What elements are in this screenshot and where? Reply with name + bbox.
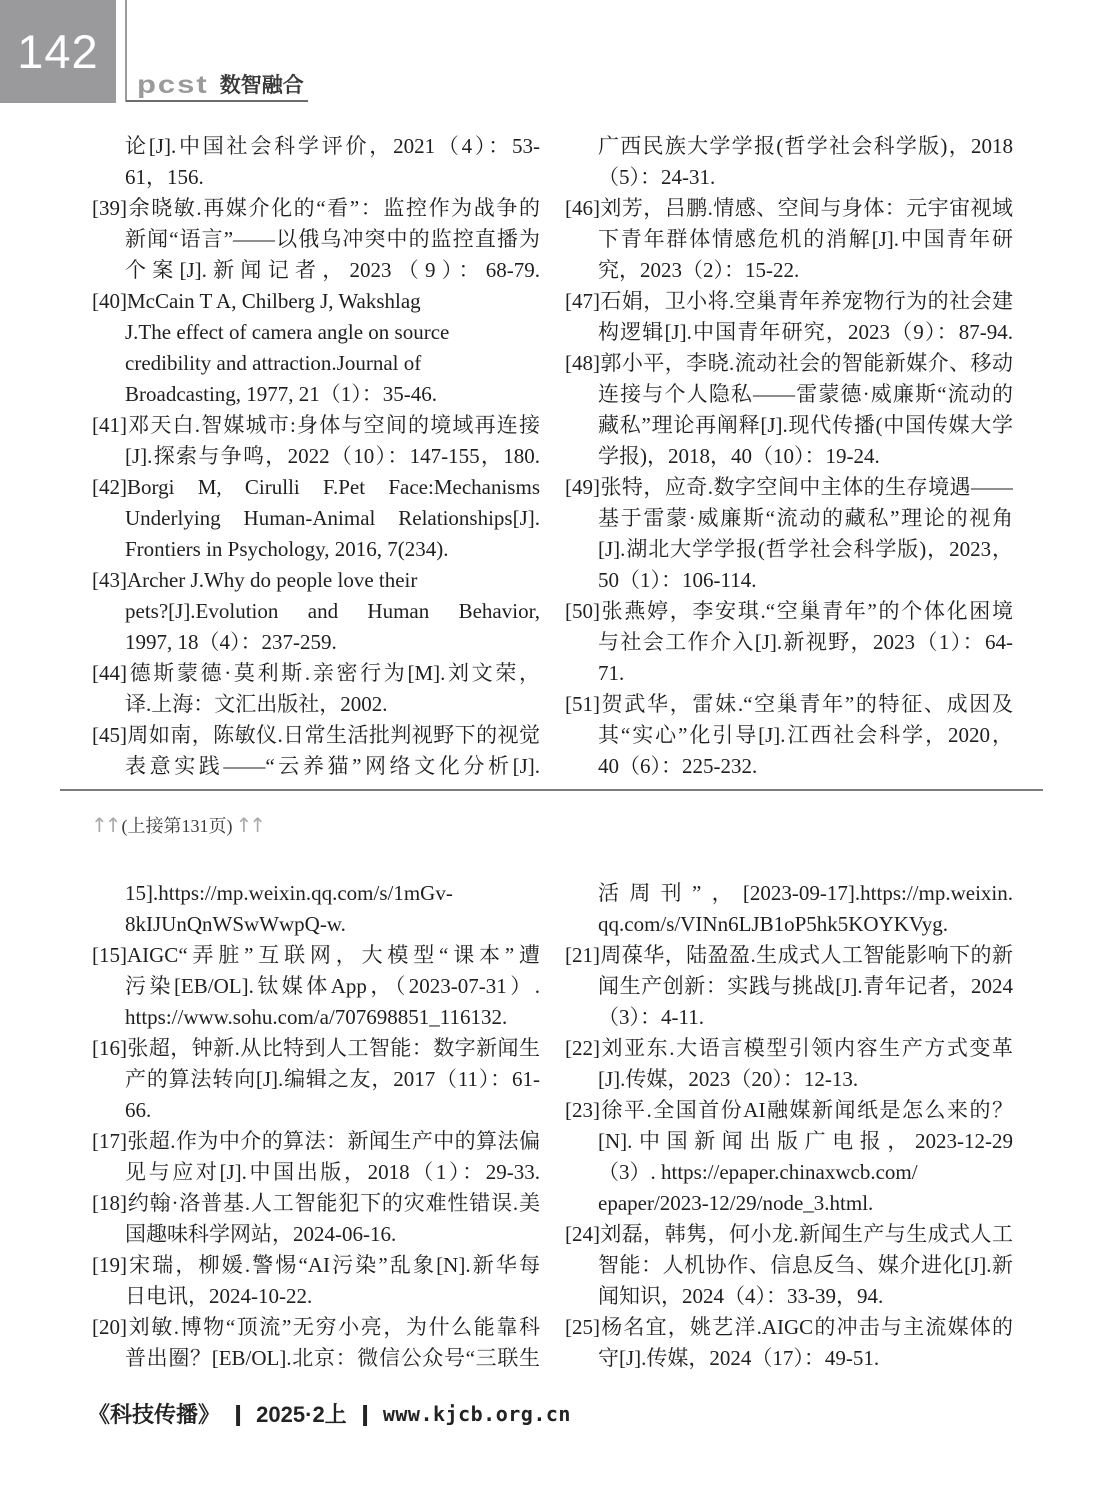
footer-separator: | [360, 1401, 369, 1427]
reference-line: [44]德斯蒙德·莫利斯.亲密行为[M].刘文荣， [92, 658, 540, 689]
reference-line: （3）：4-11. [598, 1002, 1013, 1033]
references-section-bottom: 15].https://mp.weixin.qq.com/s/1mGv-8kIJ… [92, 878, 1013, 1374]
issue-label: 2025·2上 [256, 1398, 347, 1429]
journal-page: { "header": { "page_number": "142", "log… [0, 0, 1102, 1496]
reference-line: 污染[EB/OL].钛媒体App，（2023-07-31）. [125, 971, 540, 1002]
reference-line: 闻生产创新：实践与挑战[J].青年记者，2024 [598, 971, 1013, 1002]
reference-line: 广西民族大学学报(哲学社会科学版)，2018 [598, 131, 1013, 162]
reference-line: [47]石娟，卫小将.空巢青年养宠物行为的社会建 [565, 286, 1013, 317]
reference-line: 构逻辑[J].中国青年研究，2023（9）：87-94. [598, 317, 1013, 348]
reference-line: https://www.sohu.com/a/707698851_116132. [125, 1002, 540, 1033]
reference-line: [18]约翰·洛普基.人工智能犯下的灾难性错误.美 [92, 1188, 540, 1219]
reference-line: [51]贺武华，雷妹.“空巢青年”的特征、成因及 [565, 689, 1013, 720]
reference-line: 基于雷蒙·威廉斯“流动的藏私”理论的视角 [598, 503, 1013, 534]
reference-line: [16]张超，钟新.从比特到人工智能：数字新闻生 [92, 1033, 540, 1064]
references-section-top: 论[J].中国社会科学评价，2021（4）：53-61，156.[39]余晓敏.… [92, 131, 1013, 782]
up-arrows-icon: ↑↑ [236, 813, 264, 837]
reference-line: [46]刘芳，吕鹏.情感、空间与身体：元宇宙视域 [565, 193, 1013, 224]
section-title: 数智融合 [220, 75, 304, 96]
reference-line: 智能：人机协作、信息反刍、媒介进化[J].新 [598, 1250, 1013, 1281]
reference-line: 71. [598, 658, 1013, 689]
reference-line: 普出圈？[EB/OL].北京：微信公众号“三联生 [125, 1343, 540, 1374]
reference-line: 61，156. [125, 162, 540, 193]
reference-line: 15].https://mp.weixin.qq.com/s/1mGv- [125, 878, 540, 909]
footer-separator: | [234, 1401, 243, 1427]
page-number-box: 142 [0, 0, 116, 103]
reference-line: 40（6）：225-232. [598, 751, 1013, 782]
reference-line: 新闻“语言”——以俄乌冲突中的监控直播为 [125, 224, 540, 255]
reference-line: 产的算法转向[J].编辑之友，2017（11）：61- [125, 1064, 540, 1095]
reference-line: J.The effect of camera angle on source [125, 317, 540, 348]
reference-line: 与社会工作介入[J].新视野，2023（1）：64- [598, 627, 1013, 658]
reference-line: 学报)，2018，40（10）：19-24. [598, 441, 1013, 472]
reference-line: 活周刊”，[2023-09-17].https://mp.weixin. [598, 878, 1013, 909]
references-left-column: 论[J].中国社会科学评价，2021（4）：53-61，156.[39]余晓敏.… [92, 131, 540, 782]
reference-line: [45]周如南，陈敏仪.日常生活批判视野下的视觉 [92, 720, 540, 751]
reference-line: [50]张燕婷，李安琪.“空巢青年”的个体化困境 [565, 596, 1013, 627]
reference-line: 66. [125, 1095, 540, 1126]
reference-line: （3）. https://epaper.chinaxwcb.com/ [598, 1157, 1013, 1188]
references-right-column: 广西民族大学学报(哲学社会科学版)，2018（5）：24-31.[46]刘芳，吕… [565, 131, 1013, 782]
reference-line: [J].探索与争鸣，2022（10）：147-155，180. [125, 441, 540, 472]
reference-line: [42]Borgi M, Cirulli F.Pet Face:Mechanis… [92, 472, 540, 503]
reference-line: [20]刘敏.博物“顶流”无穷小亮，为什么能靠科 [92, 1312, 540, 1343]
reference-line: [22]刘亚东.大语言模型引领内容生产方式变革 [565, 1033, 1013, 1064]
references-right-column: 活周刊”，[2023-09-17].https://mp.weixin.qq.c… [565, 878, 1013, 1374]
section-divider-rule [60, 789, 1043, 791]
references-left-column: 15].https://mp.weixin.qq.com/s/1mGv-8kIJ… [92, 878, 540, 1374]
reference-line: [41]邓天白.智媒城市:身体与空间的境域再连接 [92, 410, 540, 441]
journal-logo-row: pcst 数智融合 [137, 66, 304, 97]
reference-line: [N].中国新闻出版广电报，2023-12-29 [598, 1126, 1013, 1157]
reference-line: [19]宋瑞，柳媛.警惕“AI污染”乱象[N].新华每 [92, 1250, 540, 1281]
reference-line: [48]郭小平，李晓.流动社会的智能新媒介、移动 [565, 348, 1013, 379]
reference-line: [43]Archer J.Why do people love their [92, 565, 540, 596]
reference-line: 见与应对[J].中国出版，2018（1）：29-33. [125, 1157, 540, 1188]
reference-line: [J].湖北大学学报(哲学社会科学版)，2023， [598, 534, 1013, 565]
reference-line: 论[J].中国社会科学评价，2021（4）：53- [125, 131, 540, 162]
reference-line: Broadcasting, 1977, 21（1）：35-46. [125, 379, 540, 410]
reference-line: pets?[J].Evolution and Human Behavior, [125, 596, 540, 627]
reference-line: [40]McCain T A, Chilberg J, Wakshlag [92, 286, 540, 317]
reference-line: 闻知识，2024（4）：33-39，94. [598, 1281, 1013, 1312]
reference-line: credibility and attraction.Journal of [125, 348, 540, 379]
reference-line: [15]AIGC“弄脏”互联网，大模型“课本”遭 [92, 940, 540, 971]
header-vertical-rule [125, 0, 127, 102]
reference-line: 下青年群体情感危机的消解[J].中国青年研 [598, 224, 1013, 255]
reference-line: qq.com/s/VINn6LJB1oP5hk5KOYKVyg. [598, 909, 1013, 940]
reference-line: 连接与个人隐私——雷蒙德·威廉斯“流动的 [598, 379, 1013, 410]
reference-line: [49]张特，应奇.数字空间中主体的生存境遇—— [565, 472, 1013, 503]
page-footer: 《科技传播》 | 2025·2上 | www.kjcb.org.cn [88, 1398, 571, 1429]
reference-line: 藏私”理论再阐释[J].现代传播(中国传媒大学 [598, 410, 1013, 441]
reference-line: （5）：24-31. [598, 162, 1013, 193]
reference-line: epaper/2023-12/29/node_3.html. [598, 1188, 1013, 1219]
reference-line: 译.上海：文汇出版社，2002. [125, 689, 540, 720]
reference-line: [23]徐平.全国首份AI融媒新闻纸是怎么来的？ [565, 1095, 1013, 1126]
reference-line: 国趣味科学网站，2024-06-16. [125, 1219, 540, 1250]
reference-line: [25]杨名宜，姚艺洋.AIGC的冲击与主流媒体的坚 [565, 1312, 1013, 1343]
reference-line: 究，2023（2）：15-22. [598, 255, 1013, 286]
continuation-marker: ↑↑ (上接第131页) ↑↑ [88, 812, 266, 838]
reference-line: 表意实践——“云养猫”网络文化分析[J]. [125, 751, 540, 782]
reference-line: 日电讯，2024-10-22. [125, 1281, 540, 1312]
reference-line: [17]张超.作为中介的算法：新闻生产中的算法偏 [92, 1126, 540, 1157]
header-horizontal-rule [126, 100, 308, 102]
reference-line: 8kIJUnQnWSwWwpQ-w. [125, 909, 540, 940]
up-arrows-icon: ↑↑ [91, 813, 119, 837]
journal-website: www.kjcb.org.cn [383, 1402, 571, 1426]
reference-line: 50（1）：106-114. [598, 565, 1013, 596]
reference-line: [J].传媒，2023（20）：12-13. [598, 1064, 1013, 1095]
reference-line: Underlying Human-Animal Relationships[J]… [125, 503, 540, 534]
journal-name: 《科技传播》 [88, 1398, 220, 1429]
continuation-label: (上接第131页) [122, 812, 233, 838]
pcst-logo: pcst [137, 72, 209, 97]
reference-line: [39]余晓敏.再媒介化的“看”：监控作为战争的 [92, 193, 540, 224]
reference-line: [24]刘磊，韩隽，何小龙.新闻生产与生成式人工 [565, 1219, 1013, 1250]
reference-line: 其“实心”化引导[J].江西社会科学，2020， [598, 720, 1013, 751]
reference-line: 守[J].传媒，2024（17）：49-51. [598, 1343, 1013, 1374]
reference-line: 个案[J].新闻记者，2023（9）：68-79. [125, 255, 540, 286]
page-number: 142 [17, 24, 98, 79]
reference-line: [21]周葆华，陆盈盈.生成式人工智能影响下的新 [565, 940, 1013, 971]
reference-line: Frontiers in Psychology, 2016, 7(234). [125, 534, 540, 565]
reference-line: 1997, 18（4）：237-259. [125, 627, 540, 658]
